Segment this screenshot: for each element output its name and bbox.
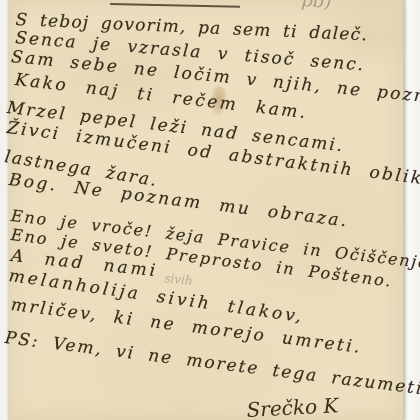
scanned-manuscript-page: pb) S teboj govorim, pa sem ti daleč.Sen… bbox=[0, 0, 420, 420]
archival-pencil-mark: pb) bbox=[301, 0, 332, 12]
author-signature: Srečko K bbox=[246, 393, 339, 420]
pencil-annotation: sivih bbox=[164, 272, 193, 287]
